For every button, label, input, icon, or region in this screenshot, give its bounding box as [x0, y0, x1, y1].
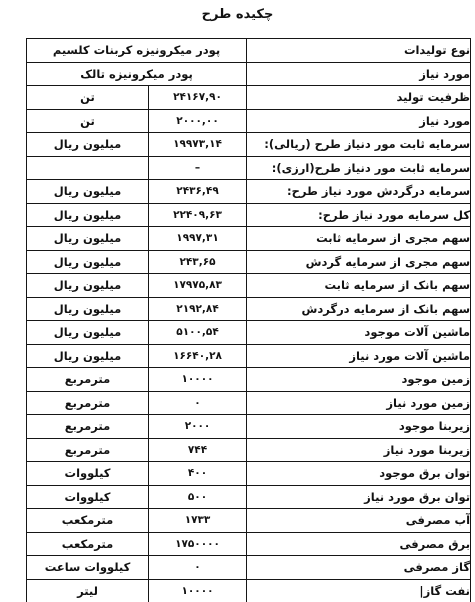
row-label-cell: زمین موجود: [247, 368, 471, 392]
row-label-cell: ماشین آلات مورد نیاز: [247, 344, 471, 368]
row-unit-cell: مترمربع: [27, 391, 149, 415]
row-label-cell: سهم بانک از سرمایه درگردش: [247, 297, 471, 321]
row-label-cell: آب مصرفی: [247, 509, 471, 533]
row-value-cell: ۲۱۹۲,۸۴: [149, 297, 247, 321]
table-row: برق مصرفی۱۷۵۰۰۰۰مترمکعب: [27, 532, 471, 556]
document-page: چکیده طرح نوع تولیداتپودر میکرونیزه کربن…: [0, 0, 475, 602]
product-row: نوع تولیداتپودر میکرونیزه کربنات کلسیم: [27, 39, 471, 63]
table-row: مورد نیاز۲۰۰۰,۰۰تن: [27, 109, 471, 133]
row-unit-cell: میلیون ریال: [27, 250, 149, 274]
row-value-cell: ۱۰۰۰۰: [149, 368, 247, 392]
row-value-cell: ۲۰۰۰: [149, 415, 247, 439]
row-unit-cell: کیلووات: [27, 485, 149, 509]
table-row: سهم مجری از سرمایه ثابت۱۹۹۷,۳۱میلیون ریا…: [27, 227, 471, 251]
table-row: سهم بانک از سرمایه ثابت۱۷۹۷۵,۸۳میلیون ری…: [27, 274, 471, 298]
table-row: سرمایه ثابت مور دنیاز طرح (ریالی):۱۹۹۷۳,…: [27, 133, 471, 157]
row-label-cell: زمین مورد نیاز: [247, 391, 471, 415]
table-row: زیربنا موجود۲۰۰۰مترمربع: [27, 415, 471, 439]
row-unit-cell: مترمکعب: [27, 532, 149, 556]
row-label-cell: توان برق مورد نیاز: [247, 485, 471, 509]
row-value-cell: ۵۰۰: [149, 485, 247, 509]
row-unit-cell: میلیون ریال: [27, 274, 149, 298]
row-unit-cell: میلیون ریال: [27, 344, 149, 368]
row-unit-cell: مترمربع: [27, 438, 149, 462]
row-label-cell: سهم مجری از سرمایه ثابت: [247, 227, 471, 251]
row-label-cell: سرمایه ثابت مور دنیاز طرح (ریالی):: [247, 133, 471, 157]
row-unit-cell: تن: [27, 109, 149, 133]
table-row: ماشین آلات موجود۵۱۰۰,۵۴میلیون ریال: [27, 321, 471, 345]
row-unit-cell: کیلووات: [27, 462, 149, 486]
row-unit-cell: [27, 156, 149, 180]
row-label-cell: زیربنا مورد نیاز: [247, 438, 471, 462]
row-unit-cell: تن: [27, 86, 149, 110]
row-value-cell: ۷۴۴: [149, 438, 247, 462]
summary-table: نوع تولیداتپودر میکرونیزه کربنات کلسیممو…: [26, 38, 471, 602]
row-value-cell: ۲۴۳۶,۴۹: [149, 180, 247, 204]
table-row: توان برق موجود۴۰۰کیلووات: [27, 462, 471, 486]
row-value-cell: ۱۰۰۰۰: [149, 579, 247, 602]
row-unit-cell: مترمربع: [27, 368, 149, 392]
row-unit-cell: میلیون ریال: [27, 180, 149, 204]
row-label-cell: سرمایه ثابت مور دنیاز طرح(ارزی):: [247, 156, 471, 180]
row-value-cell: ۲۴۱۶۷,۹۰: [149, 86, 247, 110]
row-unit-cell: مترمربع: [27, 415, 149, 439]
row-unit-cell: میلیون ریال: [27, 227, 149, 251]
row-label-cell: مورد نیاز: [247, 62, 471, 86]
row-value-cell: ۱۷۵۰۰۰۰: [149, 532, 247, 556]
row-label-cell: برق مصرفی: [247, 532, 471, 556]
row-label-cell: کل سرمایه مورد نیاز طرح:: [247, 203, 471, 227]
summary-table-body: نوع تولیداتپودر میکرونیزه کربنات کلسیممو…: [27, 39, 471, 602]
table-row: ماشین آلات مورد نیاز۱۶۶۴۰,۲۸میلیون ریال: [27, 344, 471, 368]
table-row: سرمایه ثابت مور دنیاز طرح(ارزی):–: [27, 156, 471, 180]
row-unit-cell: لیتر: [27, 579, 149, 602]
row-label-cell: ظرفیت تولید: [247, 86, 471, 110]
row-value-cell: ۱۷۹۷۵,۸۳: [149, 274, 247, 298]
product-row: مورد نیازپودر میکرونیزه تالک: [27, 62, 471, 86]
table-row: زمین موجود۱۰۰۰۰مترمربع: [27, 368, 471, 392]
row-value-cell: ۵۱۰۰,۵۴: [149, 321, 247, 345]
table-row: ظرفیت تولید۲۴۱۶۷,۹۰تن: [27, 86, 471, 110]
row-value-cell: ۰: [149, 391, 247, 415]
row-label-cell: گاز مصرفی: [247, 556, 471, 580]
product-name-cell: پودر میکرونیزه تالک: [27, 62, 247, 86]
row-value-cell: ۱۹۹۷,۳۱: [149, 227, 247, 251]
row-label-cell: سهم بانک از سرمایه ثابت: [247, 274, 471, 298]
row-value-cell: ۲۴۳,۶۵: [149, 250, 247, 274]
row-label-cell: نفت گاز|: [247, 579, 471, 602]
row-label-cell: سهم مجری از سرمایه گردش: [247, 250, 471, 274]
row-unit-cell: کیلووات ساعت: [27, 556, 149, 580]
row-label-cell: زیربنا موجود: [247, 415, 471, 439]
table-row: آب مصرفی۱۷۳۳مترمکعب: [27, 509, 471, 533]
row-label-cell: سرمایه درگردش مورد نیاز طرح:: [247, 180, 471, 204]
row-label-cell: نوع تولیدات: [247, 39, 471, 63]
row-label-cell: توان برق موجود: [247, 462, 471, 486]
row-value-cell: –: [149, 156, 247, 180]
row-value-cell: ۴۰۰: [149, 462, 247, 486]
row-value-cell: ۲۰۰۰,۰۰: [149, 109, 247, 133]
row-value-cell: ۲۲۴۰۹,۶۳: [149, 203, 247, 227]
row-label-cell: ماشین آلات موجود: [247, 321, 471, 345]
row-unit-cell: مترمکعب: [27, 509, 149, 533]
row-value-cell: ۰: [149, 556, 247, 580]
table-row: گاز مصرفی۰کیلووات ساعت: [27, 556, 471, 580]
row-value-cell: ۱۶۶۴۰,۲۸: [149, 344, 247, 368]
row-unit-cell: میلیون ریال: [27, 203, 149, 227]
row-value-cell: ۱۹۹۷۳,۱۴: [149, 133, 247, 157]
row-value-cell: ۱۷۳۳: [149, 509, 247, 533]
document-title: چکیده طرح: [0, 7, 475, 22]
table-row: سهم مجری از سرمایه گردش۲۴۳,۶۵میلیون ریال: [27, 250, 471, 274]
table-row: توان برق مورد نیاز۵۰۰کیلووات: [27, 485, 471, 509]
table-row: سهم بانک از سرمایه درگردش۲۱۹۲,۸۴میلیون ر…: [27, 297, 471, 321]
product-name-cell: پودر میکرونیزه کربنات کلسیم: [27, 39, 247, 63]
table-row: زیربنا مورد نیاز۷۴۴مترمربع: [27, 438, 471, 462]
table-row: نفت گاز|۱۰۰۰۰لیتر: [27, 579, 471, 602]
table-row: زمین مورد نیاز۰مترمربع: [27, 391, 471, 415]
row-unit-cell: میلیون ریال: [27, 321, 149, 345]
row-unit-cell: میلیون ریال: [27, 297, 149, 321]
row-unit-cell: میلیون ریال: [27, 133, 149, 157]
row-label-cell: مورد نیاز: [247, 109, 471, 133]
table-row: سرمایه درگردش مورد نیاز طرح:۲۴۳۶,۴۹میلیو…: [27, 180, 471, 204]
table-row: کل سرمایه مورد نیاز طرح:۲۲۴۰۹,۶۳میلیون ر…: [27, 203, 471, 227]
